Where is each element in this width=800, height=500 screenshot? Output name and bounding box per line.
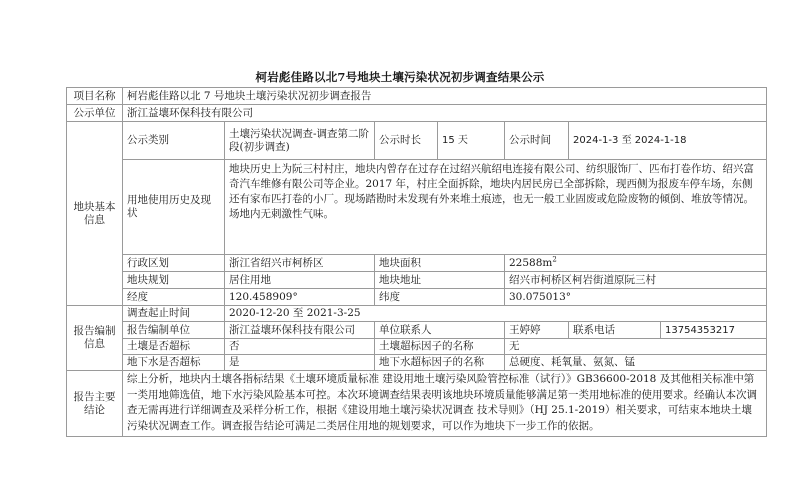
row-gw-exceed: 地下水是否超标 是 地下水超标因子的名称 总硬度、耗氧量、氨氮、锰 <box>67 355 767 371</box>
soil-exceed-label: 土壤是否超标 <box>123 339 225 355</box>
district-value: 浙江省绍兴市柯桥区 <box>225 255 375 272</box>
gw-factor-value: 总硬度、耗氧量、氨氮、锰 <box>505 355 767 371</box>
soil-exceed-value: 否 <box>225 339 375 355</box>
period-value: 2024-1-3 至 2024-1-18 <box>569 122 767 160</box>
row-project: 项目名称 柯岩彪佳路以北 7 号地块土壤污染状况初步调查报告 <box>67 88 767 105</box>
org-value: 浙江益壤环保科技有限公司 <box>225 322 375 339</box>
publisher-value: 浙江益壤环保科技有限公司 <box>123 105 767 122</box>
phone-label: 联系电话 <box>569 322 661 339</box>
row-planning: 地块规划 居住用地 地块地址 绍兴市柯桥区柯岩街道原阮三村 <box>67 272 767 289</box>
category-value: 土壤污染状况调查-调查第二阶段(初步调查) <box>225 122 375 160</box>
publisher-label: 公示单位 <box>67 105 123 122</box>
category-label: 公示类别 <box>123 122 225 160</box>
latitude-value: 30.075013° <box>505 289 767 306</box>
address-value: 绍兴市柯桥区柯岩街道原阮三村 <box>505 272 767 289</box>
history-value: 地块历史上为阮三村村庄，地块内曾存在过存在过绍兴航绍电连接有限公司、纺织服饰厂、… <box>225 160 767 255</box>
longitude-label: 经度 <box>123 289 225 306</box>
basic-info-section-label: 地块基本信息 <box>67 122 123 306</box>
row-district: 行政区划 浙江省绍兴市柯桥区 地块面积 22588m2 <box>67 255 767 272</box>
row-soil-exceed: 土壤是否超标 否 土壤超标因子的名称 无 <box>67 339 767 355</box>
duration-value: 15 天 <box>438 122 505 160</box>
project-value: 柯岩彪佳路以北 7 号地块土壤污染状况初步调查报告 <box>123 88 767 105</box>
contact-value: 王婷婷 <box>505 322 569 339</box>
row-survey-period: 报告编制信息 调查起止时间 2020-12-20 至 2021-3-25 <box>67 306 767 322</box>
row-category: 地块基本信息 公示类别 土壤污染状况调查-调查第二阶段(初步调查) 公示时长 1… <box>67 122 767 160</box>
conclusion-value: 综上分析，地块内土壤各指标结果《土壤环境质量标准 建设用地土壤污染风险管控标准（… <box>123 371 767 437</box>
row-publisher: 公示单位 浙江益壤环保科技有限公司 <box>67 105 767 122</box>
org-label: 报告编制单位 <box>123 322 225 339</box>
soil-factor-value: 无 <box>505 339 767 355</box>
row-conclusion: 报告主要结论 综上分析，地块内土壤各指标结果《土壤环境质量标准 建设用地土壤污染… <box>67 371 767 437</box>
area-unit-sup: 2 <box>552 255 556 263</box>
duration-label: 公示时长 <box>375 122 438 160</box>
gw-exceed-label: 地下水是否超标 <box>123 355 225 371</box>
soil-factor-label: 土壤超标因子的名称 <box>375 339 505 355</box>
history-label: 用地使用历史及现状 <box>123 160 225 255</box>
gw-factor-label: 地下水超标因子的名称 <box>375 355 505 371</box>
district-label: 行政区划 <box>123 255 225 272</box>
planning-label: 地块规划 <box>123 272 225 289</box>
page-title: 柯岩彪佳路以北7号地块土壤污染状况初步调查结果公示 <box>0 69 800 85</box>
latitude-label: 纬度 <box>375 289 505 306</box>
area-label: 地块面积 <box>375 255 505 272</box>
planning-value: 居住用地 <box>225 272 375 289</box>
project-label: 项目名称 <box>67 88 123 105</box>
row-org: 报告编制单位 浙江益壤环保科技有限公司 单位联系人 王婷婷 联系电话 13754… <box>67 322 767 339</box>
area-value: 22588m2 <box>505 255 767 272</box>
gw-exceed-value: 是 <box>225 355 375 371</box>
survey-period-label: 调查起止时间 <box>123 306 225 322</box>
row-history: 用地使用历史及现状 地块历史上为阮三村村庄，地块内曾存在过存在过绍兴航绍电连接有… <box>67 160 767 255</box>
survey-period-value: 2020-12-20 至 2021-3-25 <box>225 306 767 322</box>
contact-label: 单位联系人 <box>375 322 505 339</box>
conclusion-section-label: 报告主要结论 <box>67 371 123 437</box>
row-coordinates: 经度 120.458909° 纬度 30.075013° <box>67 289 767 306</box>
disclosure-table: 项目名称 柯岩彪佳路以北 7 号地块土壤污染状况初步调查报告 公示单位 浙江益壤… <box>66 87 767 437</box>
report-info-section-label: 报告编制信息 <box>67 306 123 371</box>
area-number: 22588m <box>509 257 552 269</box>
phone-value: 13754353217 <box>661 322 767 339</box>
period-label: 公示时间 <box>505 122 569 160</box>
longitude-value: 120.458909° <box>225 289 375 306</box>
address-label: 地块地址 <box>375 272 505 289</box>
